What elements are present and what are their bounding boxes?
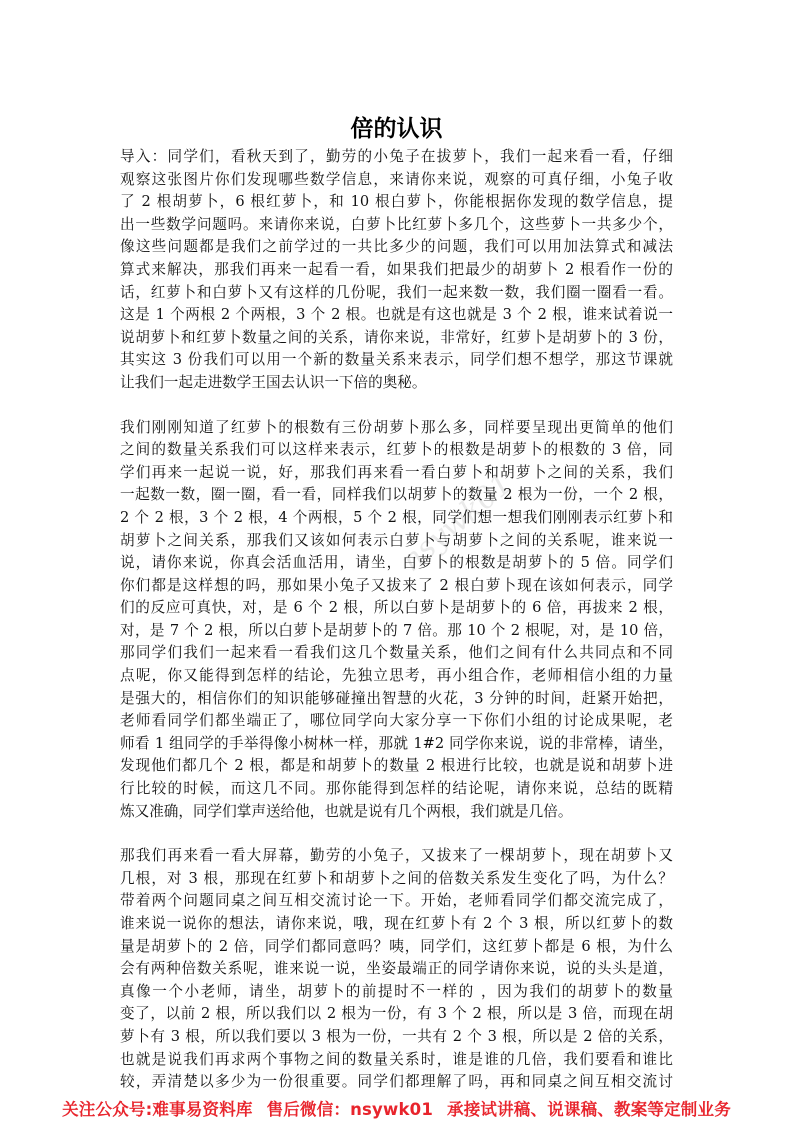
text-line: 了 2 根胡萝卜，6 根红萝卜，和 10 根白萝卜，你能根据你发现的数学信息，提: [120, 191, 673, 214]
text-line: 2 个 2 根，3 个 2 根，4 个两根，5 个 2 根，同学们想一想我们刚刚…: [120, 507, 673, 530]
text-line: 像这些问题都是我们之前学过的一共比多少的问题，我们可以用加法算式和减法: [120, 236, 673, 259]
text-line: 那我们再来看一看大屏幕，勤劳的小兔子，又拔来了一棵胡萝卜，现在胡萝卜又: [120, 845, 673, 868]
text-line: 是强大的，相信你们的知识能够碰撞出智慧的火花，3 分钟的时间，赶紧开始把，: [120, 688, 673, 711]
text-line: 对，是 7 个 2 根，所以白萝卜是胡萝卜的 7 倍。那 10 个 2 根呢，对…: [120, 620, 673, 643]
text-line: 萝卜有 3 根，所以我们要以 3 根为一份，一共有 2 个 3 根，所以是 2 …: [120, 1026, 673, 1049]
text-line: 观察这张图片你们发现哪些数学信息，来请你来说，观察的可真仔细，小兔子收: [120, 169, 673, 192]
text-line: 出一些数学问题吗。来请你来说，白萝卜比红萝卜多几个，这些萝卜一共多少个，: [120, 214, 673, 237]
text-line: 之间的数量关系我们可以这样来表示，红萝卜的根数是胡萝卜的根数的 3 倍，同: [120, 439, 673, 462]
footer-banner: 关注公众号:难事易资料库 售后微信：nsywk01 承接试讲稿、说课稿、教案等定…: [0, 1094, 793, 1122]
text-line: 点呢，你又能得到怎样的结论，先独立思考，再小组合作，老师相信小组的力量: [120, 665, 673, 688]
text-line: 让我们一起走进数学王国去认识一下倍的奥秘。: [120, 372, 673, 395]
footer-after-sales-contact: 售后微信：nsywk01: [267, 1096, 433, 1120]
text-line: 导入：同学们，看秋天到了，勤劳的小兔子在拔萝卜，我们一起来看一看，仔细: [120, 146, 673, 169]
text-line: 话，红萝卜和白萝卜又有这样的几份呢，我们一起来数一数，我们圈一圈看一看。: [120, 282, 673, 305]
text-line: 谁来说一说你的想法，请你来说，哦，现在红萝卜有 2 个 3 根，所以红萝卜的数: [120, 913, 673, 936]
text-line: 们的反应可真快，对，是 6 个 2 根，所以白萝卜是胡萝卜的 6 倍，再拔来 2…: [120, 597, 673, 620]
footer-wechat-account: 关注公众号:难事易资料库: [62, 1096, 253, 1120]
text-line: 行比较的时候，而这几不同。那你能得到怎样的结论呢，请你来说，总结的既精: [120, 778, 673, 801]
paragraph-explanation: 我们刚刚知道了红萝卜的根数有三份胡萝卜那么多，同样要呈现出更简单的他们 之间的数…: [120, 417, 673, 824]
text-line: 其实这 3 份我们可以用一个新的数量关系来表示，同学们想不想学，那这节课就: [120, 349, 673, 372]
text-line: 几根，对 3 根，那现在红萝卜和胡萝卜之间的倍数关系发生变化了吗，为什么？: [120, 868, 673, 891]
text-line: 炼又准确，同学们掌声送给他，也就是说有几个两根，我们就是几倍。: [120, 801, 673, 824]
text-line: 老师看同学们都坐端正了，哪位同学向大家分享一下你们小组的讨论成果呢，老: [120, 710, 673, 733]
text-line: 胡萝卜之间关系，那我们又该如何表示白萝卜与胡萝卜之间的关系呢，谁来说一: [120, 530, 673, 553]
text-line: 说，请你来说，你真会活血活用，请坐，白萝卜的根数是胡萝卜的 5 倍。同学们: [120, 552, 673, 575]
paragraph-intro: 导入：同学们，看秋天到了，勤劳的小兔子在拔萝卜，我们一起来看一看，仔细 观察这张…: [120, 146, 673, 395]
text-line: 说胡萝卜和红萝卜数量之间的关系，请你来说，非常好，红萝卜是胡萝卜的 3 份，: [120, 327, 673, 350]
text-line: 我们刚刚知道了红萝卜的根数有三份胡萝卜那么多，同样要呈现出更简单的他们: [120, 417, 673, 440]
text-line: 发现他们都几个 2 根，都是和胡萝卜的数量 2 根进行比较，也就是说和胡萝卜进: [120, 755, 673, 778]
text-line: 较，弄清楚以多少为一份很重要。同学们都理解了吗，再和同桌之间互相交流讨: [120, 1071, 673, 1094]
footer-service-note: 承接试讲稿、说课稿、教案等定制业务: [447, 1096, 731, 1120]
text-line: 会有两种倍数关系呢，谁来说一说，坐姿最端正的同学请你来说，说的头头是道，: [120, 958, 673, 981]
page-title: 倍的认识: [0, 112, 793, 146]
text-line: 那同学们我们一起来看一看我们这几个数量关系，他们之间有什么共同点和不同: [120, 642, 673, 665]
text-line: 一起数一数，圈一圈，看一看，同样我们以胡萝卜的数量 2 根为一份，一个 2 根，: [120, 484, 673, 507]
text-line: 量是胡萝卜的 2 倍，同学们都同意吗？咦，同学们，这红萝卜都是 6 根，为什么: [120, 936, 673, 959]
text-line: 真像一个小老师，请坐，胡萝卜的前提时不一样的 ，因为我们的胡萝卜的数量: [120, 981, 673, 1004]
text-line: 变了，以前 2 根，所以我们以 2 根为一份，有 3 个 2 根，所以是 3 倍…: [120, 1003, 673, 1026]
document-body: 导入：同学们，看秋天到了，勤劳的小兔子在拔萝卜，我们一起来看一看，仔细 观察这张…: [120, 146, 673, 1094]
text-line: 也就是说我们再求两个事物之间的数量关系时，谁是谁的几倍，我们要看和谁比: [120, 1049, 673, 1072]
text-line: 师看 1 组同学的手举得像小树林一样，那就 1#2 同学你来说，说的非常棒，请坐…: [120, 733, 673, 756]
text-line: 带着两个问题同桌之间互相交流讨论一下。开始，老师看同学们都交流完成了，: [120, 890, 673, 913]
text-line: 这是 1 个两根 2 个两根，3 个 2 根。也就是有这也就是 3 个 2 根，…: [120, 304, 673, 327]
text-line: 你们都是这样想的吗，那如果小兔子又拔来了 2 根白萝卜现在该如何表示，同学: [120, 575, 673, 598]
paragraph-comparison: 那我们再来看一看大屏幕，勤劳的小兔子，又拔来了一棵胡萝卜，现在胡萝卜又 几根，对…: [120, 845, 673, 1094]
text-line: 学们再来一起说一说，好，那我们再来看一看白萝卜和胡萝卜之间的关系，我们: [120, 462, 673, 485]
text-line: 算式来解决，那我们再来一起看一看，如果我们把最少的胡萝卜 2 根看作一份的: [120, 259, 673, 282]
